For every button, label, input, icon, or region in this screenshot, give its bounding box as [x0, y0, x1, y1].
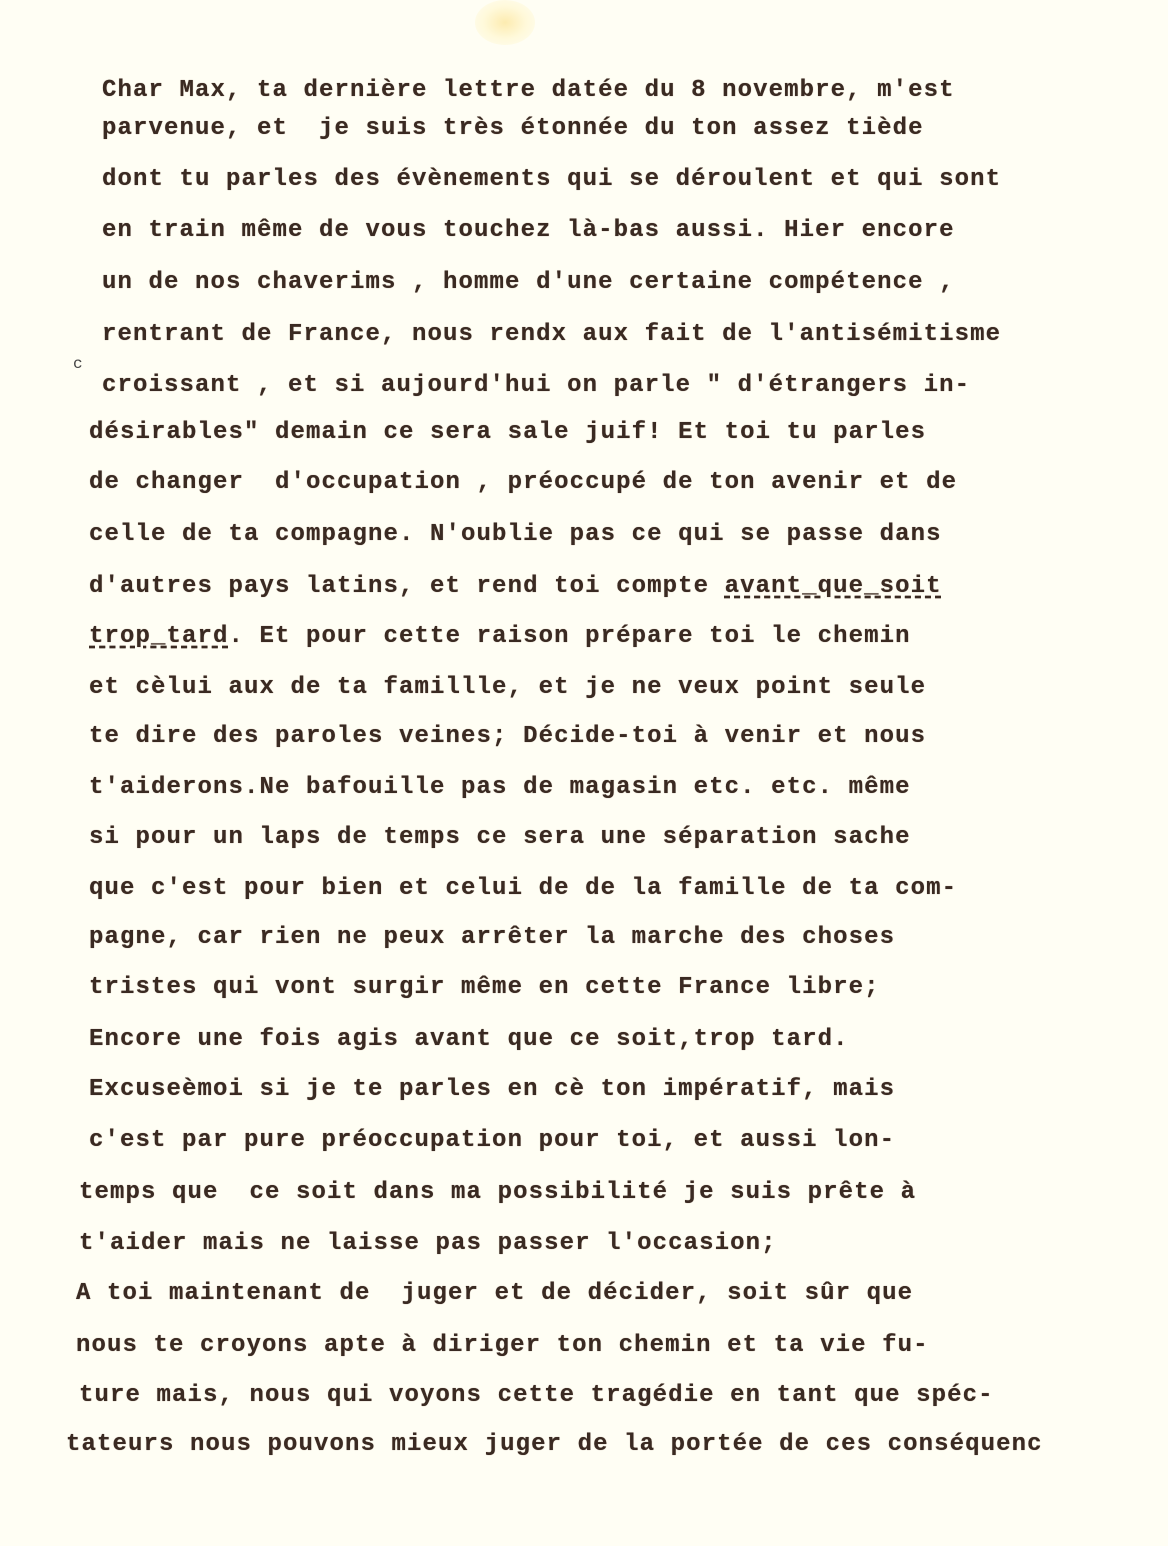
letter-page: c Char Max, ta dernière lettre datée du … [0, 0, 1168, 1546]
letter-line: t'aiderons.Ne bafouille pas de magasin e… [89, 773, 911, 803]
letter-line: A toi maintenant de juger et de décider,… [76, 1279, 913, 1309]
underlined-phrase: avant_que_soit [725, 573, 942, 600]
letter-line: Char Max, ta dernière lettre datée du 8 … [102, 76, 955, 106]
letter-line: celle de ta compagne. N'oublie pas ce qu… [89, 520, 942, 550]
letter-line: de changer d'occupation , préoccupé de t… [89, 468, 957, 498]
letter-line: temps que ce soit dans ma possibilité je… [79, 1178, 916, 1208]
letter-line: croissant , et si aujourd'hui on parle "… [102, 371, 970, 401]
letter-line: t'aider mais ne laisse pas passer l'occa… [79, 1229, 777, 1259]
letter-line: Excuseèmoi si je te parles en cè ton imp… [89, 1075, 895, 1105]
letter-line: trop_tard. Et pour cette raison prépare … [89, 622, 911, 652]
letter-line: te dire des paroles veines; Décide-toi à… [89, 722, 926, 752]
letter-line: d'autres pays latins, et rend toi compte… [89, 572, 942, 602]
letter-line: si pour un laps de temps ce sera une sép… [89, 823, 911, 853]
letter-line: nous te croyons apte à diriger ton chemi… [76, 1331, 929, 1361]
letter-line: en train même de vous touchez là-bas aus… [102, 216, 955, 246]
letter-line: que c'est pour bien et celui de de la fa… [89, 874, 957, 904]
letter-line: Encore une fois agis avant que ce soit,t… [89, 1025, 849, 1055]
letter-line: rentrant de France, nous rendx aux fait … [102, 320, 1001, 350]
letter-line: un de nos chaverims , homme d'une certai… [102, 268, 955, 298]
letter-line: c'est par pure préoccupation pour toi, e… [89, 1126, 895, 1156]
letter-line: tateurs nous pouvons mieux juger de la p… [66, 1430, 1043, 1460]
margin-mark: c [73, 355, 83, 373]
letter-line: dont tu parles des évènements qui se dér… [102, 165, 1001, 195]
letter-line: parvenue, et je suis très étonnée du ton… [102, 114, 924, 144]
letter-line: pagne, car rien ne peux arrêter la march… [89, 923, 895, 953]
letter-line: tristes qui vont surgir même en cette Fr… [89, 973, 880, 1003]
letter-line: ture mais, nous qui voyons cette tragédi… [79, 1381, 994, 1411]
letter-line: désirables" demain ce sera sale juif! Et… [89, 418, 926, 448]
paper-stain [475, 0, 535, 45]
letter-line: et cèlui aux de ta famillle, et je ne ve… [89, 673, 926, 703]
underlined-phrase: trop_tard [89, 623, 229, 650]
